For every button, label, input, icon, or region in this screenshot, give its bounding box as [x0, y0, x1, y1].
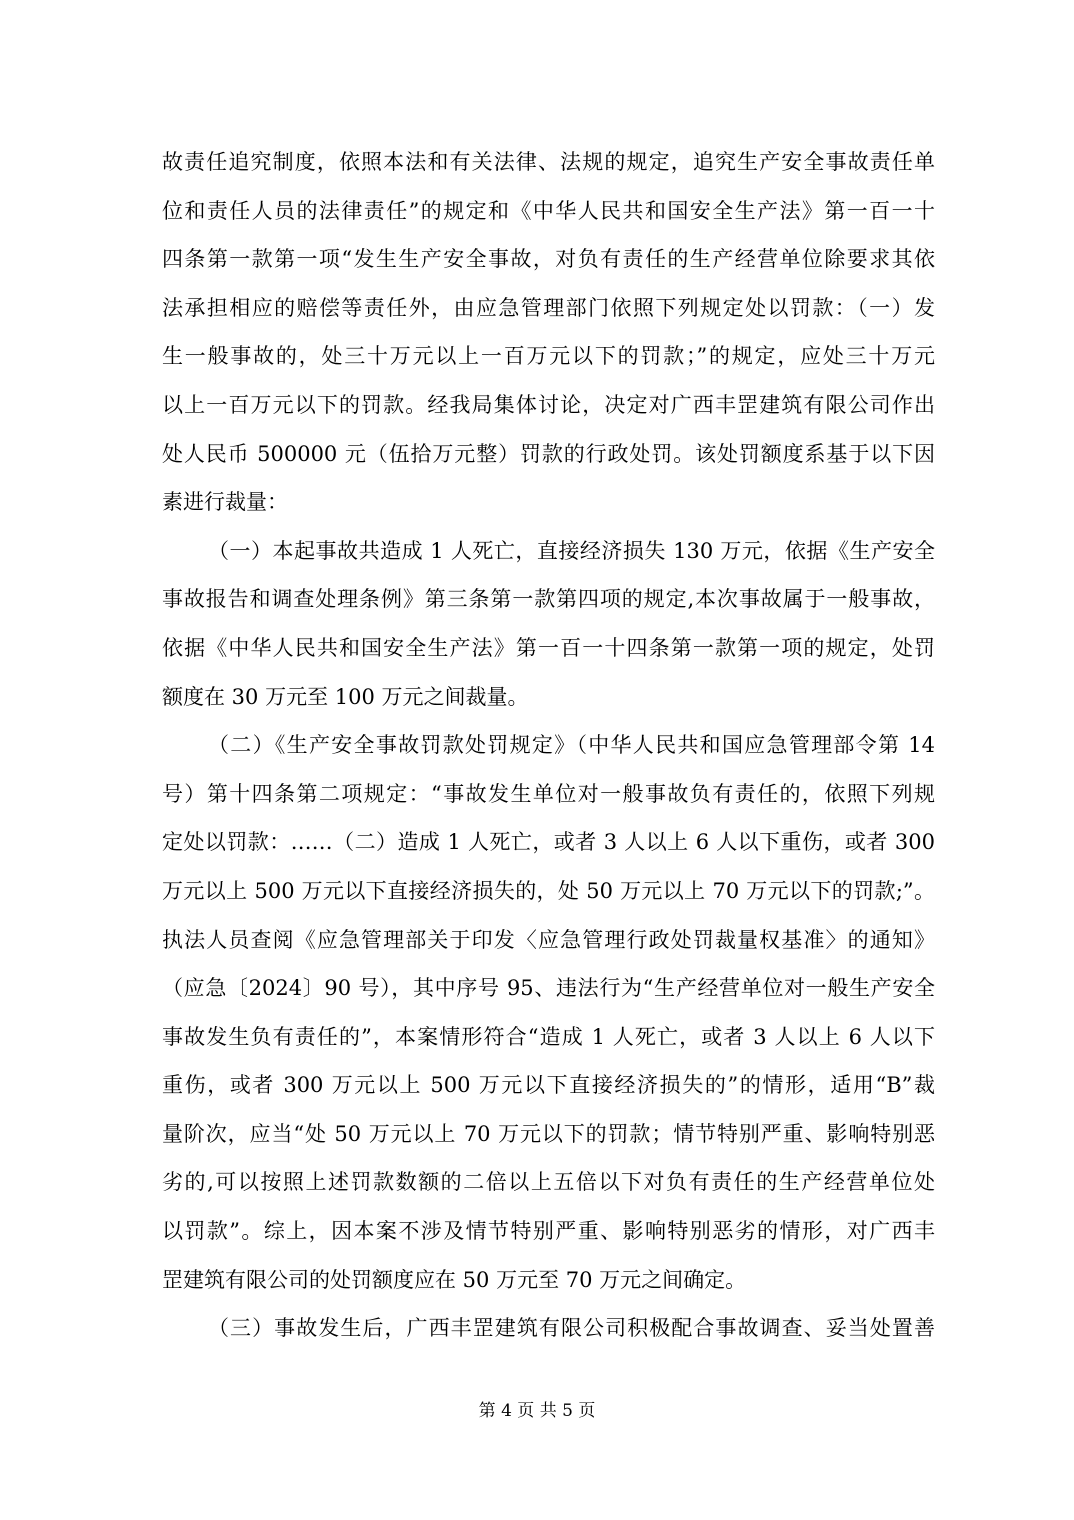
text-line: （一）本起事故共造成 1 人死亡，直接经济损失 130 万元，依据《生产安全: [162, 527, 935, 576]
text-line: 以罚款”。综上，因本案不涉及情节特别严重、影响特别恶劣的情形，对广西丰: [162, 1207, 935, 1256]
text-line: 量阶次，应当“处 50 万元以上 70 万元以下的罚款；情节特别严重、影响特别恶: [162, 1110, 935, 1159]
text-line: 罡建筑有限公司的处罚额度应在 50 万元至 70 万元之间确定。: [162, 1256, 935, 1305]
text-line: 以上一百万元以下的罚款。经我局集体讨论，决定对广西丰罡建筑有限公司作出: [162, 381, 935, 430]
text-line: 劣的,可以按照上述罚款数额的二倍以上五倍以下对负有责任的生产经营单位处: [162, 1158, 935, 1207]
text-line: 素进行裁量：: [162, 478, 935, 527]
text-line: 处人民币 500000 元（伍拾万元整）罚款的行政处罚。该处罚额度系基于以下因: [162, 430, 935, 479]
text-line: 法承担相应的赔偿等责任外，由应急管理部门依照下列规定处以罚款：（一）发: [162, 284, 935, 333]
document-page: 故责任追究制度，依照本法和有关法律、法规的规定，追究生产安全事故责任单位和责任人…: [0, 0, 1074, 1520]
text-line: 重伤，或者 300 万元以上 500 万元以下直接经济损失的”的情形，适用“B”…: [162, 1061, 935, 1110]
page-number-footer: 第 4 页 共 5 页: [0, 1396, 1074, 1426]
text-line: 四条第一款第一项“发生生产安全事故，对负有责任的生产经营单位除要求其依: [162, 235, 935, 284]
text-line: 位和责任人员的法律责任”的规定和《中华人民共和国安全生产法》第一百一十: [162, 187, 935, 236]
text-line: （应急〔2024〕90 号），其中序号 95、违法行为“生产经营单位对一般生产安…: [162, 964, 935, 1013]
text-line: （二）《生产安全事故罚款处罚规定》（中华人民共和国应急管理部令第 14: [162, 721, 935, 770]
text-line: 定处以罚款：……（二）造成 1 人死亡，或者 3 人以上 6 人以下重伤，或者 …: [162, 818, 935, 867]
text-line: 生一般事故的，处三十万元以上一百万元以下的罚款；”的规定，应处三十万元: [162, 332, 935, 381]
text-line: 号）第十四条第二项规定：“事故发生单位对一般事故负有责任的，依照下列规: [162, 770, 935, 819]
text-line: 额度在 30 万元至 100 万元之间裁量。: [162, 673, 935, 722]
text-line: 事故报告和调查处理条例》第三条第一款第四项的规定,本次事故属于一般事故，: [162, 575, 935, 624]
text-line: 故责任追究制度，依照本法和有关法律、法规的规定，追究生产安全事故责任单: [162, 138, 935, 187]
document-text-block: 故责任追究制度，依照本法和有关法律、法规的规定，追究生产安全事故责任单位和责任人…: [162, 138, 935, 1353]
text-line: （三）事故发生后，广西丰罡建筑有限公司积极配合事故调查、妥当处置善: [162, 1304, 935, 1353]
text-line: 执法人员查阅《应急管理部关于印发〈应急管理行政处罚裁量权基准〉的通知》: [162, 916, 935, 965]
text-line: 事故发生负有责任的”，本案情形符合“造成 1 人死亡，或者 3 人以上 6 人以…: [162, 1013, 935, 1062]
text-line: 依据《中华人民共和国安全生产法》第一百一十四条第一款第一项的规定，处罚: [162, 624, 935, 673]
text-line: 万元以上 500 万元以下直接经济损失的，处 50 万元以上 70 万元以下的罚…: [162, 867, 935, 916]
